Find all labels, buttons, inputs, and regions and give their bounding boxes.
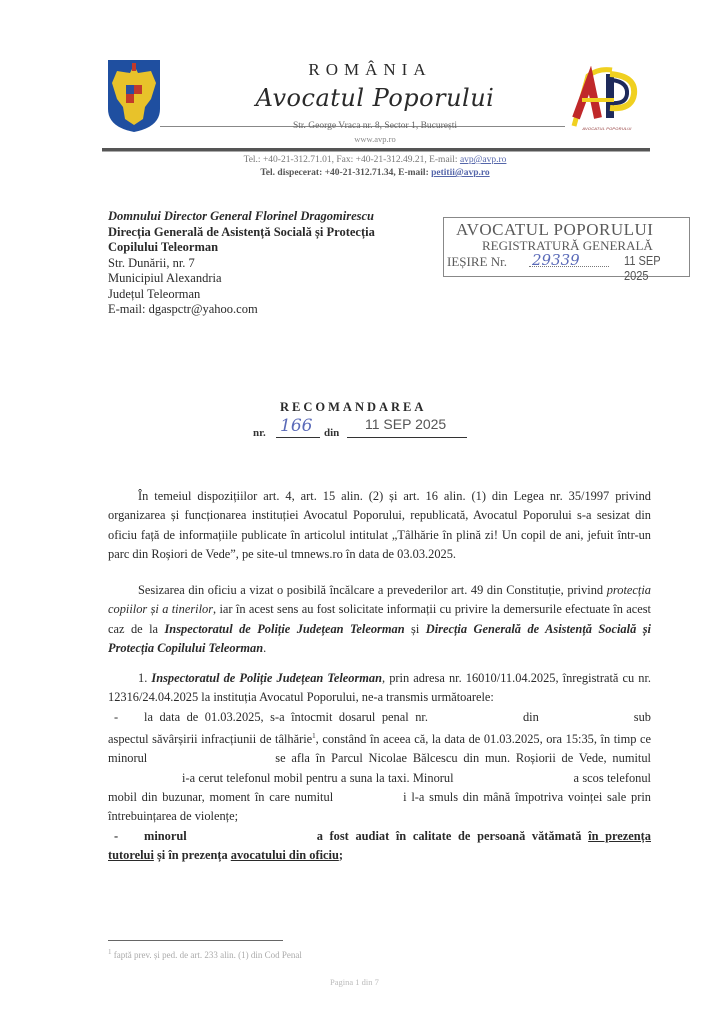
bullet-2-text-c: și în prezența [154, 848, 231, 862]
stamp-number: 29339 [532, 251, 580, 269]
paragraph-self-notification: Sesizarea din oficiu a vizat o posibilă … [108, 581, 651, 658]
stamp-date: 11 SEP 2025 [624, 253, 679, 283]
recommendation-number: 166 [276, 416, 320, 438]
bullet-2-text-b: a fost audiat în calitate de persoană vă… [317, 829, 588, 843]
paragraph-legal-basis: În temeiul dispozițiilor art. 4, art. 15… [108, 487, 651, 564]
country-name: ROMÂNIA [250, 60, 490, 80]
bullet-1-text-b: aspectul săvârșirii infracțiunii de tâlh… [108, 732, 312, 746]
bullet-dash: - [108, 708, 144, 727]
institution-address: Str. George Vraca nr. 8, Sector 1, Bucur… [230, 121, 520, 131]
p2-police-inspectorate: Inspectoratul de Poliție Județean Teleor… [164, 622, 404, 636]
bullet-2-text-a: minorul [144, 829, 187, 843]
romania-coat-of-arms-icon [107, 59, 161, 133]
bullet-1-sub: sub [634, 710, 651, 724]
addressee-email: E-mail: dgaspctr@yahoo.com [108, 302, 375, 318]
bullet-1-din: din [523, 710, 539, 724]
bullet-2-end: ; [339, 848, 343, 862]
email-link-petitii[interactable]: petitii@avp.ro [431, 168, 490, 178]
section-police-response: 1. Inspectoratul de Poliție Județean Tel… [108, 669, 651, 865]
contact-line-1: Tel.: +40-21-312.71.01, Fax: +40-21-312.… [150, 155, 600, 165]
bullet-1: -la data de 01.03.2025, s-a întocmit dos… [108, 708, 651, 827]
contact-line-2: Tel. dispecerat: +40-21-312.71.34, E-mai… [150, 168, 600, 178]
contact-dispatch: Tel. dispecerat: +40-21-312.71.34, E-mai… [260, 168, 431, 178]
institution-name: Avocatul Poporului [230, 84, 520, 112]
addressee-county: Județul Teleorman [108, 287, 375, 303]
p2-end: . [263, 641, 266, 655]
p2-text-a: Sesizarea din oficiu a vizat o posibilă … [138, 583, 607, 597]
registry-stamp: AVOCATUL POPORULUI REGISTRATURĂ GENERALĂ… [443, 217, 690, 277]
bullet-2: -minorula fost audiat în calitate de per… [108, 827, 651, 866]
stamp-title: AVOCATUL POPORULUI [456, 220, 653, 240]
bullet-1-text-a: la data de 01.03.2025, s-a întocmit dosa… [144, 710, 428, 724]
addressee-street: Str. Dunării, nr. 7 [108, 256, 375, 272]
section-1-intro: 1. Inspectoratul de Poliție Județean Tel… [108, 669, 651, 708]
footnote-text: faptă prev. și ped. de art. 233 alin. (1… [112, 950, 302, 960]
section-number: 1. [138, 671, 151, 685]
section-1-entity: Inspectoratul de Poliție Județean Teleor… [151, 671, 382, 685]
bullet-dash: - [108, 827, 144, 846]
header-rule [102, 148, 650, 152]
ap-logo-icon [568, 66, 640, 132]
din-label: din [324, 427, 339, 439]
contact-phones: Tel.: +40-21-312.71.01, Fax: +40-21-312.… [244, 155, 460, 165]
page-number: Pagina 1 din 7 [330, 977, 379, 987]
p2-and: și [405, 622, 426, 636]
nr-label: nr. [253, 427, 266, 439]
institution-website[interactable]: www.avp.ro [230, 134, 520, 144]
addressee-block: Domnului Director General Florinel Drago… [108, 209, 375, 318]
document-title: RECOMANDAREA [280, 400, 426, 415]
email-link-avp[interactable]: avp@avp.ro [460, 155, 506, 165]
recommendation-date: 11 SEP 2025 [347, 416, 467, 438]
addressee-org-1: Direcția Generală de Asistență Socială ș… [108, 225, 375, 241]
addressee-city: Municipiul Alexandria [108, 271, 375, 287]
stamp-exit-label: IEȘIRE Nr. [447, 254, 507, 270]
ap-logo-caption: AVOCATUL POPORULUI [572, 126, 642, 131]
bullet-1-text-e: i-a cerut telefonul mobil pentru a suna … [182, 771, 454, 785]
footnote-separator [108, 940, 283, 941]
footnote: 1 faptă prev. și ped. de art. 233 alin. … [108, 948, 302, 960]
bullet-1-text-d: se afla în Parcul Nicolae Bălcescu din m… [275, 751, 651, 765]
addressee-org-2: Copilului Teleorman [108, 240, 375, 256]
bullet-2-lawyer: avocatului din oficiu [231, 848, 339, 862]
addressee-name: Domnului Director General Florinel Drago… [108, 209, 375, 225]
